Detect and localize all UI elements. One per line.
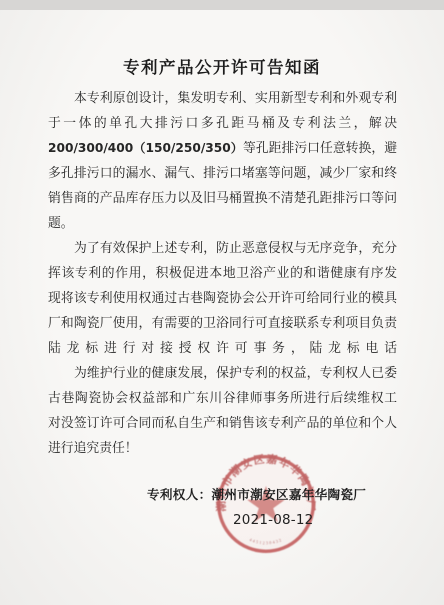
document-title: 专利产品公开许可告知函 bbox=[0, 54, 444, 78]
document-date: 2021-08-12 bbox=[233, 512, 313, 528]
hole-pitch-numbers: 200/300/400（150/250/350） bbox=[48, 141, 243, 155]
paragraph-2-line: 挥该专利的作用，积极促进本地卫浴产业的和谐健康有序发展， bbox=[48, 261, 397, 286]
document-body: 本专利原创设计，集发明专利、实用新型专利和外观专利 于一体的单孔大排污口多孔距马… bbox=[48, 86, 397, 461]
paragraph-3-line: 为维护行业的健康发展，保护专利的权益，专利权人已委托 bbox=[48, 361, 397, 386]
paragraph-1-line: 于一体的单孔大排污口多孔距马桶及专利法兰，解决 bbox=[48, 111, 397, 136]
paragraph-1-line: 多孔排污口的漏水、漏气、排污口堵塞等问题，减少厂家和终端 bbox=[48, 161, 397, 186]
paragraph-1-line: 200/300/400（150/250/350）等孔距排污口任意转换，避免传统 bbox=[48, 136, 397, 161]
scan-edge-band bbox=[0, 0, 444, 10]
paragraph-3-line: 对没签订许可合同而私自生产和销售该专利产品的单位和个人 bbox=[48, 411, 397, 436]
paragraph-2-line: 陆龙标进行对接授权许可事务，陆龙标电话 18811869789。 bbox=[48, 336, 397, 361]
contact-text: 陆龙标进行对接授权许可事务，陆龙标电话 bbox=[48, 341, 397, 355]
paragraph-2-line: 为了有效保护上述专利，防止恶意侵权与无序竞争，充分发 bbox=[48, 236, 397, 261]
paragraph-1-line: 本专利原创设计，集发明专利、实用新型专利和外观专利 bbox=[48, 86, 397, 111]
document-page: 专利产品公开许可告知函 本专利原创设计，集发明专利、实用新型专利和外观专利 于一… bbox=[0, 0, 444, 605]
paragraph-2-line: 现将该专利使用权通过古巷陶瓷协会公开许可给同行业的模具 bbox=[48, 286, 397, 311]
paragraph-2-line: 厂和陶瓷厂使用，有需要的卫浴同行可直接联系专利项目负责人 bbox=[48, 311, 397, 336]
paragraph-1-line: 销售商的产品库存压力以及旧马桶置换不清楚孔距排污口等问 bbox=[48, 186, 397, 211]
patentee-signature: 专利权人：潮州市潮安区嘉年华陶瓷厂 bbox=[147, 484, 366, 503]
red-seal-stamp-icon: 潮州市潮安区嘉年华陶瓷厂 4451230432 bbox=[214, 452, 318, 556]
paragraph-3-line: 古巷陶瓷协会权益部和广东川谷律师事务所进行后续维权工作， bbox=[48, 386, 397, 411]
paragraph-1-line: 题。 bbox=[48, 211, 397, 236]
